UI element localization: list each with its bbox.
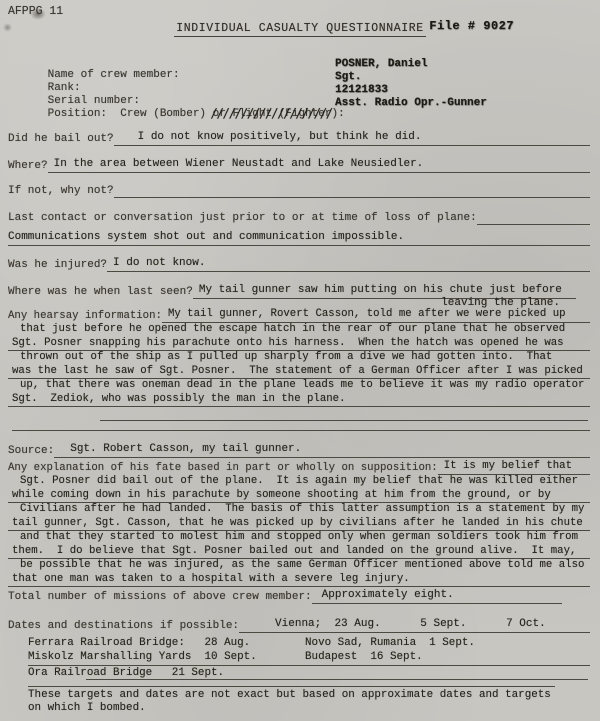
field-label: Position: Crew (Bomber) or Flight (Fight… xyxy=(48,108,345,120)
question-last-contact: Last contact or conversation just prior … xyxy=(8,212,590,225)
question-label: Where? xyxy=(8,160,48,173)
question-injured: Was he injured? I do not know. xyxy=(8,257,590,272)
answer-line xyxy=(549,631,590,633)
explanation-line: be possible that he was injured, as the … xyxy=(8,559,590,572)
answer-text: I do not know. xyxy=(107,257,208,272)
hearsay-section: Any hearsay information: My tail gunner,… xyxy=(8,310,590,407)
question-label: Last contact or conversation just prior … xyxy=(8,212,477,225)
target-row: Ora Railroad Bridge 21 Sept. xyxy=(28,666,590,680)
explanation-line: tail gunner, Sgt. Casson, that he was pi… xyxy=(8,517,590,531)
answer-line xyxy=(208,270,590,272)
hearsay-line: that just before he opened the escape ha… xyxy=(8,323,590,336)
footnote: These targets and dates are not exact bu… xyxy=(28,686,555,715)
target-right: Budapest 16 Sept. xyxy=(305,650,590,664)
answer-text: Approximately eight. xyxy=(312,589,457,604)
answer-text: Sgt. Robert Casson, my tail gunner. xyxy=(54,443,304,458)
answer-line xyxy=(426,171,590,173)
explanation-line: Civilians after he had landed. The basis… xyxy=(8,503,590,516)
question-label: Dates and destinations if possible: xyxy=(8,620,239,633)
page-title: INDIVIDUAL CASUALTY QUESTIONNAIRE xyxy=(174,22,426,37)
hearsay-line: was the last he saw of Sgt. Posner. The … xyxy=(8,365,590,379)
hearsay-line: up, that there was oneman dead in the pl… xyxy=(8,379,590,392)
question-where: Where? In the area between Wiener Neusta… xyxy=(8,158,590,173)
source-label: Source: xyxy=(8,445,54,458)
answer-line xyxy=(565,297,576,299)
target-row: Ferrara Railroad Bridge: 28 Aug. Novo Sa… xyxy=(28,636,590,650)
identification-block: Name of crew member: POSNER, Daniel Rank… xyxy=(8,56,590,108)
answer-text: In the area between Wiener Neustadt and … xyxy=(48,158,427,173)
strikeout-slashes: //////////////////// xyxy=(210,108,333,125)
position-label-prefix: Position: Crew (Bomber) xyxy=(48,108,213,120)
question-label: Did he bail out? xyxy=(8,133,114,146)
missions-row: Total number of missions of above crew m… xyxy=(8,589,590,604)
dates-destinations-row: Dates and destinations if possible: Vien… xyxy=(8,618,590,633)
field-name-of-crew-member: Name of crew member: POSNER, Daniel xyxy=(8,56,590,69)
hearsay-first-line: Any hearsay information: My tail gunner,… xyxy=(8,310,590,323)
footnote-line: These targets and dates are not exact bu… xyxy=(28,686,555,702)
hearsay-line: Sgt. Posner snapping his parachute onto … xyxy=(8,337,590,351)
question-label: If not, why not? xyxy=(8,185,114,198)
form-number: AFPPG 11 xyxy=(8,5,63,18)
explanation-line: them. I do believe that Sgt. Posner bail… xyxy=(8,545,590,559)
explanation-section: Any explanation of his fate based in par… xyxy=(8,462,590,587)
blank-rule xyxy=(12,430,590,431)
answer-line xyxy=(424,144,590,146)
answer-text: Communications system shot out and commu… xyxy=(8,231,590,246)
explanation-line: while coming down in his parachute by so… xyxy=(8,489,590,503)
target-left: Ora Railroad Bridge 21 Sept. xyxy=(28,666,305,680)
question-label: Was he injured? xyxy=(8,259,107,272)
answer-line xyxy=(457,602,562,604)
blank-rule xyxy=(100,420,588,421)
explanation-line: that one man was taken to a hospital wit… xyxy=(8,573,590,587)
hearsay-line: Sgt. Zediok, who was possibly the man in… xyxy=(8,393,590,407)
field-serial-number: Serial number: 12121833 xyxy=(8,82,590,95)
answer-line xyxy=(304,456,590,458)
target-left: Miskolz Marshalling Yards 10 Sept. xyxy=(28,650,305,664)
casualty-questionnaire-document: AFPPG 11 INDIVIDUAL CASUALTY QUESTIONNAI… xyxy=(0,0,600,721)
question-if-not-why-not: If not, why not? xyxy=(8,185,590,198)
answer-line xyxy=(477,223,590,225)
answer-text: It is my belief that xyxy=(438,460,590,475)
field-rank: Rank: Sgt. xyxy=(8,69,590,82)
answer-line xyxy=(114,196,590,198)
divider-rule xyxy=(86,679,588,680)
question-bail-out: Did he bail out? I do not know positivel… xyxy=(8,131,590,146)
target-row: Miskolz Marshalling Yards 10 Sept. Budap… xyxy=(28,650,590,665)
explanation-line: and that they started to molest him and … xyxy=(8,531,590,544)
explanation-line: Sgt. Posner did bail out of the plane. I… xyxy=(8,475,590,488)
answer-last-contact: Communications system shot out and commu… xyxy=(8,231,590,246)
answer-text: My tail gunner, Rovert Casson, told me a… xyxy=(162,308,590,323)
question-label: Total number of missions of above crew m… xyxy=(8,591,312,604)
hearsay-line: thrown out of the ship as I pulled up sh… xyxy=(8,351,590,364)
target-right: Novo Sad, Rumania 1 Sept. xyxy=(305,636,590,650)
question-label: Any explanation of his fate based in par… xyxy=(8,462,438,475)
answer-text: I do not know positively, but think he d… xyxy=(114,131,425,146)
field-position: Position: Crew (Bomber) or Flight (Fight… xyxy=(8,95,590,108)
file-number: File # 9027 xyxy=(429,20,514,33)
question-label: Any hearsay information: xyxy=(8,310,162,323)
struck-text: or Flight (Fighter)//////////////////// xyxy=(213,108,338,121)
targets-list: Ferrara Railroad Bridge: 28 Aug. Novo Sa… xyxy=(28,636,590,680)
explanation-first-line: Any explanation of his fate based in par… xyxy=(8,462,590,475)
answer-text: Vienna; 23 Aug. 5 Sept. 7 Oct. xyxy=(239,618,549,633)
footnote-line: on which I bombed. xyxy=(28,702,555,715)
target-left: Ferrara Railroad Bridge: 28 Aug. xyxy=(28,636,305,650)
field-value: Asst. Radio Opr.-Gunner xyxy=(335,97,487,110)
source-row: Source: Sgt. Robert Casson, my tail gunn… xyxy=(8,443,590,458)
